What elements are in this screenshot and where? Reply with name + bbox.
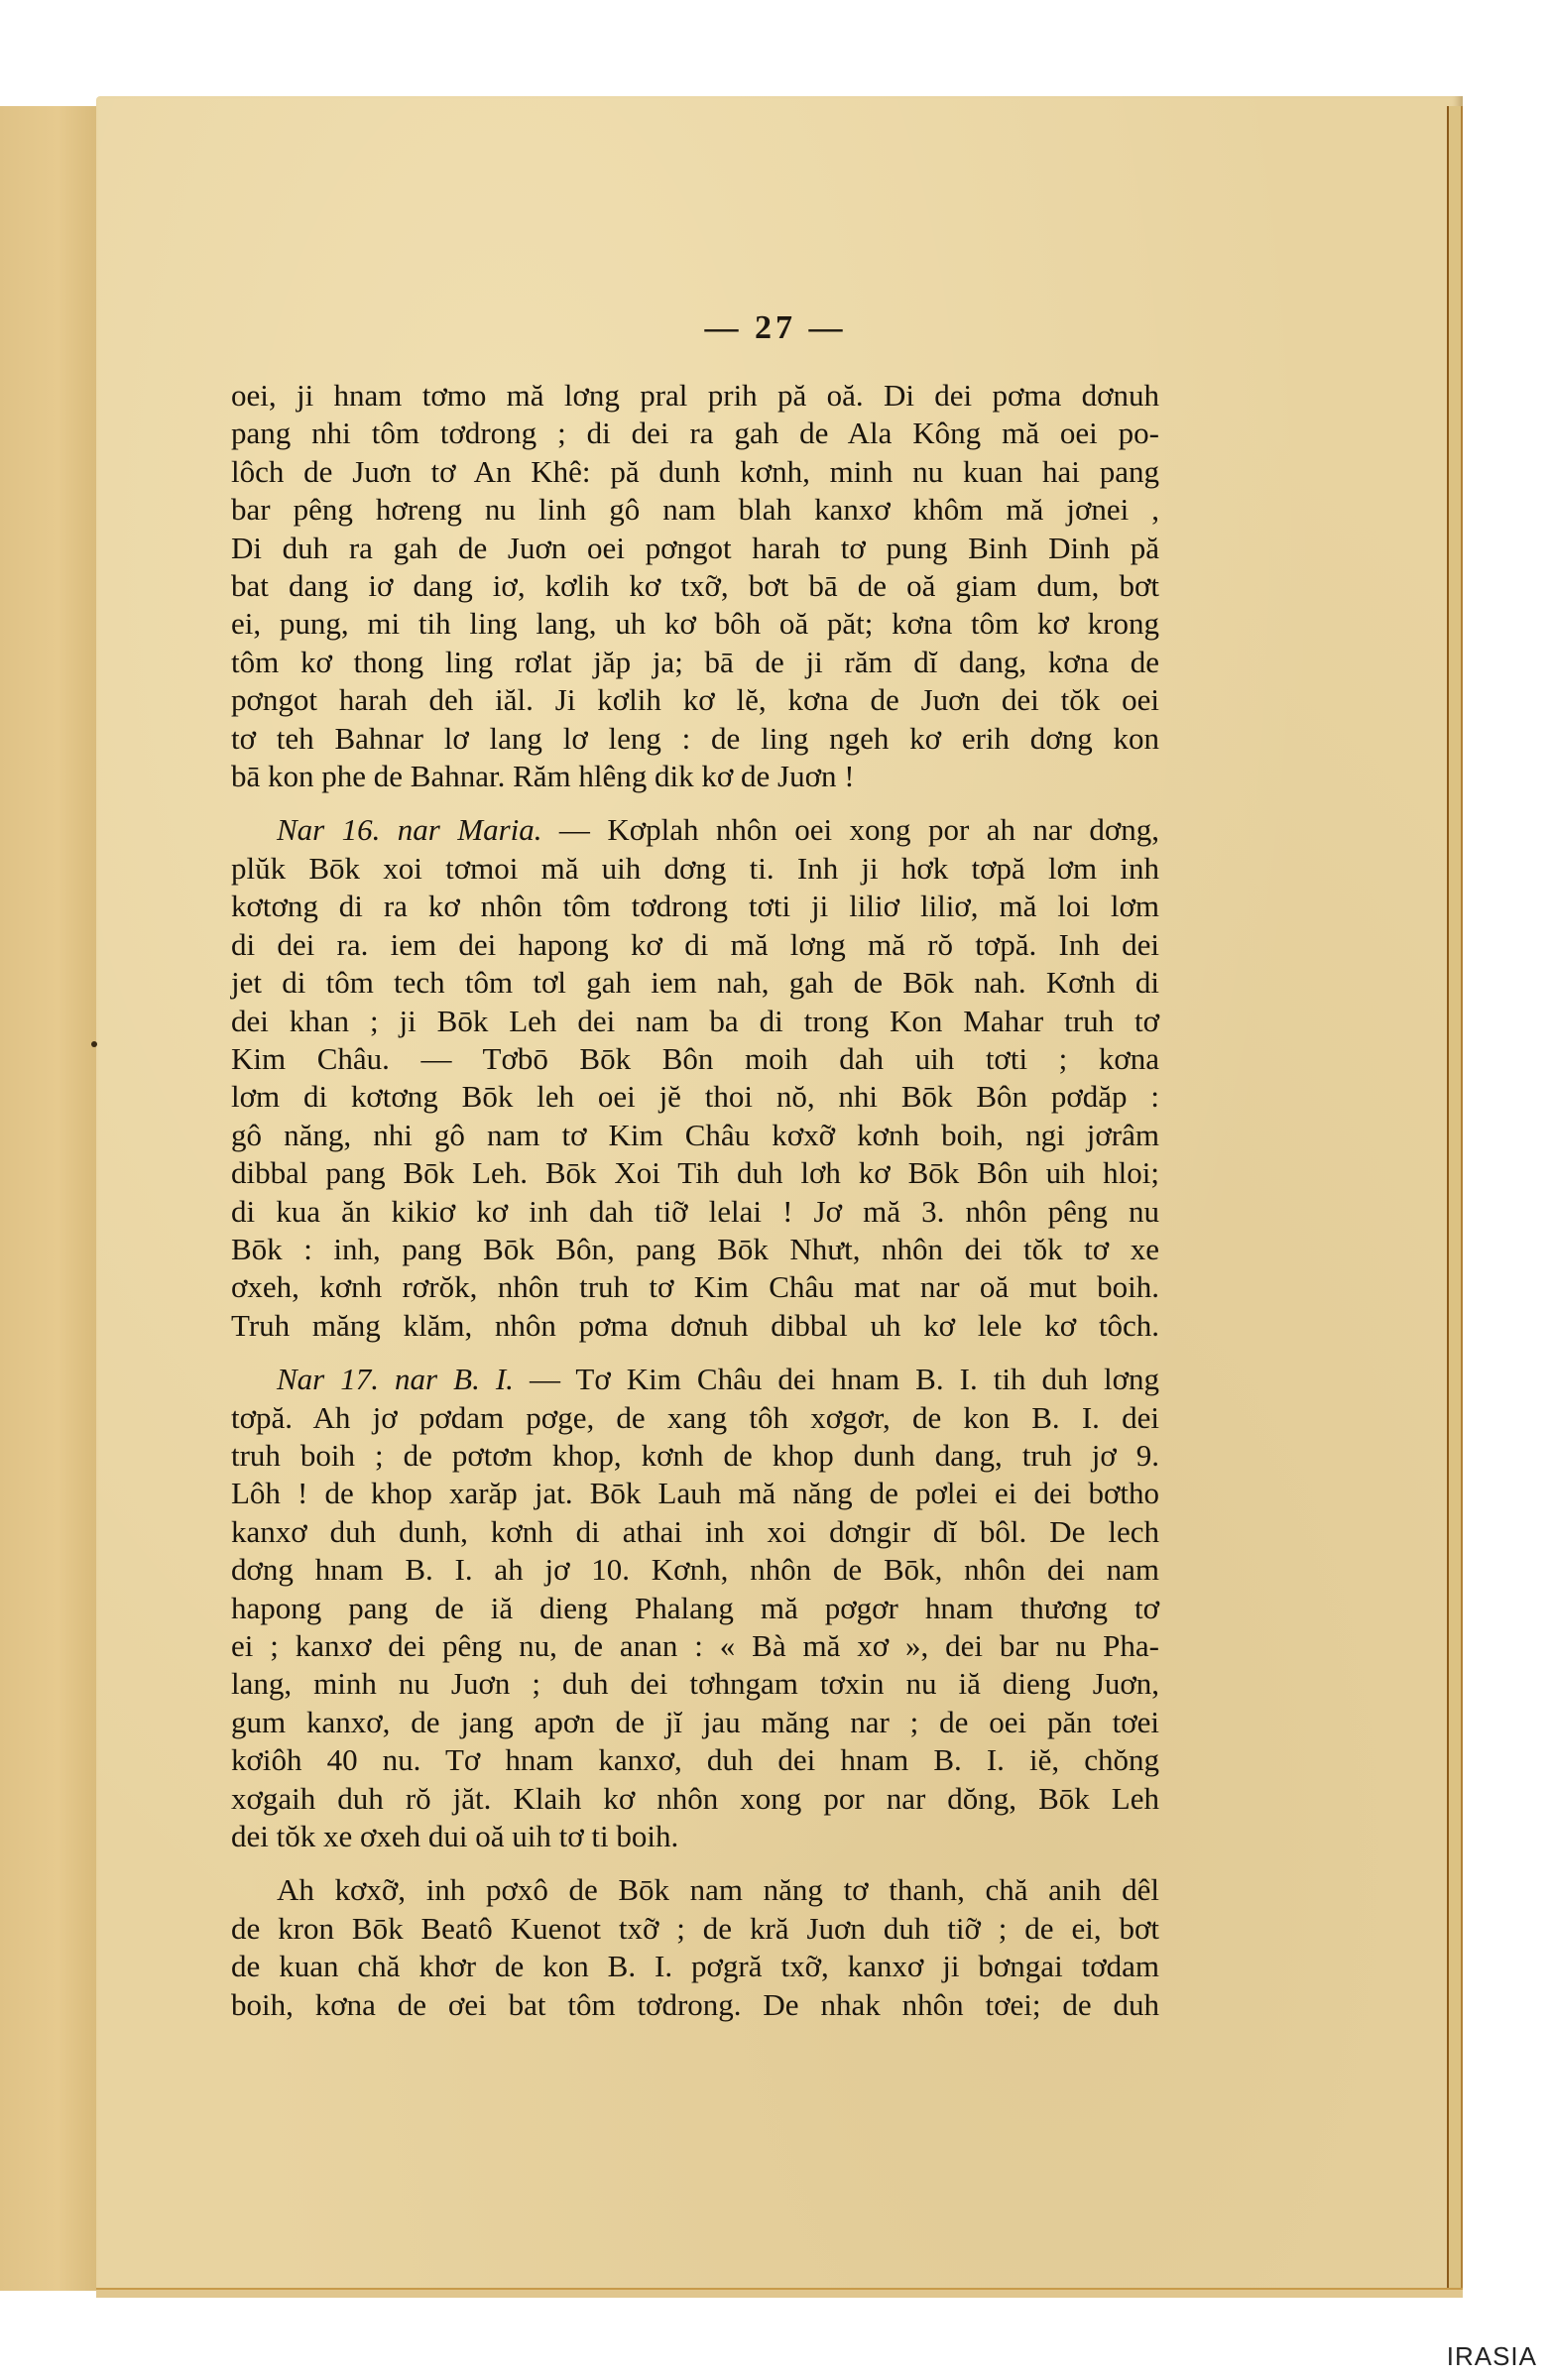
text-line: pang nhi tôm tơdrong ; di dei ra gah de … [231, 415, 1159, 452]
text-line: kơtơng di ra kơ nhôn tôm tơdrong tơti ji… [231, 888, 1159, 925]
margin-mark [91, 1041, 97, 1047]
text-line: ơxeh, kơnh rơrŏk, nhôn truh tơ Kim Châu … [231, 1268, 1159, 1306]
text-line: lang, minh nu Juơn ; duh dei tơhngam tơx… [231, 1665, 1159, 1703]
text-line: plŭk Bōk xoi tơmoi mă uih dơng ti. Inh j… [231, 850, 1159, 888]
text-line: pơngot harah deh iăl. Ji kơlih kơ lĕ, kơ… [231, 681, 1159, 719]
text-line: lôch de Juơn tơ An Khê: pă dunh kơnh, mi… [231, 453, 1159, 491]
text-line: Kim Châu. — Tơbō Bōk Bôn moih dah uih tơ… [231, 1040, 1159, 1078]
text-line: gô năng, nhi gô nam tơ Kim Châu kơxỡ kơn… [231, 1117, 1159, 1154]
paragraph-4: Ah kơxỡ, inh pơxô de Bōk nam năng tơ tha… [231, 1871, 1159, 2024]
text-line: xơgaih duh rŏ jăt. Klaih kơ nhôn xong po… [231, 1780, 1159, 1818]
text-line: bat dang iơ dang iơ, kơlih kơ txỡ, bơt b… [231, 567, 1159, 605]
text-line: oei, ji hnam tơmo mă lơng pral prih pă o… [231, 377, 1159, 415]
text-line: dibbal pang Bōk Leh. Bōk Xoi Tih duh lơh… [231, 1154, 1159, 1192]
text-run: — Tơ Kim Châu dei hnam B. I. tih duh lơn… [530, 1362, 1159, 1396]
text-line: Ah kơxỡ, inh pơxô de Bōk nam năng tơ tha… [231, 1871, 1159, 1909]
text-line: bar pêng hơreng nu linh gô nam blah kanx… [231, 491, 1159, 529]
text-line: tơpă. Ah jơ pơdam pơge, de xang tôh xơgơ… [231, 1399, 1159, 1437]
text-line: dei khan ; ji Bōk Leh dei nam ba di tron… [231, 1003, 1159, 1040]
text-line: kơiôh 40 nu. Tơ hnam kanxơ, duh dei hnam… [231, 1741, 1159, 1779]
text-line: dei tŏk xe ơxeh dui oă uih tơ ti boih. [231, 1818, 1159, 1855]
text-line: de kuan chă khơr de kon B. I. pơgră txỡ,… [231, 1948, 1159, 1985]
paragraph-2: Nar 16. nar Maria. — Kơplah nhôn oei xon… [231, 811, 1159, 1345]
body-text: oei, ji hnam tơmo mă lơng pral prih pă o… [231, 377, 1159, 2024]
text-line: kanxơ duh dunh, kơnh di athai inh xoi dơ… [231, 1513, 1159, 1551]
text-run: — Kơplah nhôn oei xong por ah nar dơng, [559, 812, 1159, 847]
text-line: tôm kơ thong ling rơlat jăp ja; bā de ji… [231, 644, 1159, 681]
entry-heading: Nar 17. nar B. I. [277, 1362, 514, 1396]
text-line: dơng hnam B. I. ah jơ 10. Kơnh, nhôn de … [231, 1551, 1159, 1589]
watermark-label: IRASIA [1447, 2341, 1537, 2372]
text-line: de kron Bōk Beatô Kuenot txỡ ; de kră Ju… [231, 1910, 1159, 1948]
page-number: — 27 — [0, 309, 1551, 347]
text-line: gum kanxơ, de jang apơn de jĭ jau măng n… [231, 1704, 1159, 1741]
text-line: di dei ra. iem dei hapong kơ di mă lơng … [231, 926, 1159, 964]
entry-heading: Nar 16. nar Maria. [277, 812, 542, 847]
text-line: boih, kơna de ơei bat tôm tơdrong. De nh… [231, 1986, 1159, 2024]
paragraph-1: oei, ji hnam tơmo mă lơng pral prih pă o… [231, 377, 1159, 795]
text-line: Nar 16. nar Maria. — Kơplah nhôn oei xon… [231, 811, 1159, 849]
text-line: jet di tôm tech tôm tơl gah iem nah, gah… [231, 964, 1159, 1002]
page-stack-edge [1447, 106, 1463, 2288]
text-line: hapong pang de iă dieng Phalang mă pơgơr… [231, 1590, 1159, 1627]
page-bottom-edge [96, 2288, 1463, 2298]
text-line: lơm di kơtơng Bōk leh oei jĕ thoi nŏ, nh… [231, 1078, 1159, 1116]
text-line: tơ teh Bahnar lơ lang lơ leng : de ling … [231, 720, 1159, 758]
text-line: Di duh ra gah de Juơn oei pơngot harah t… [231, 530, 1159, 567]
text-line: ei, pung, mi tih ling lang, uh kơ bôh oă… [231, 605, 1159, 643]
text-line: Bōk : inh, pang Bōk Bôn, pang Bōk Nhưt, … [231, 1231, 1159, 1268]
text-line: Lôh ! de khop xarăp jat. Bōk Lauh mă năn… [231, 1475, 1159, 1512]
text-line: ei ; kanxơ dei pêng nu, de anan : « Bà m… [231, 1627, 1159, 1665]
text-line: di kua ăn kikiơ kơ inh dah tiỡ lelai ! J… [231, 1193, 1159, 1231]
text-line: Nar 17. nar B. I. — Tơ Kim Châu dei hnam… [231, 1361, 1159, 1398]
text-line: bā kon phe de Bahnar. Răm hlêng dik kơ d… [231, 758, 1159, 795]
paragraph-3: Nar 17. nar B. I. — Tơ Kim Châu dei hnam… [231, 1361, 1159, 1855]
left-page-leaf [0, 106, 96, 2291]
text-line: truh boih ; de pơtơm khop, kơnh de khop … [231, 1437, 1159, 1475]
text-line: Truh măng klăm, nhôn pơma dơnuh dibbal u… [231, 1307, 1159, 1345]
